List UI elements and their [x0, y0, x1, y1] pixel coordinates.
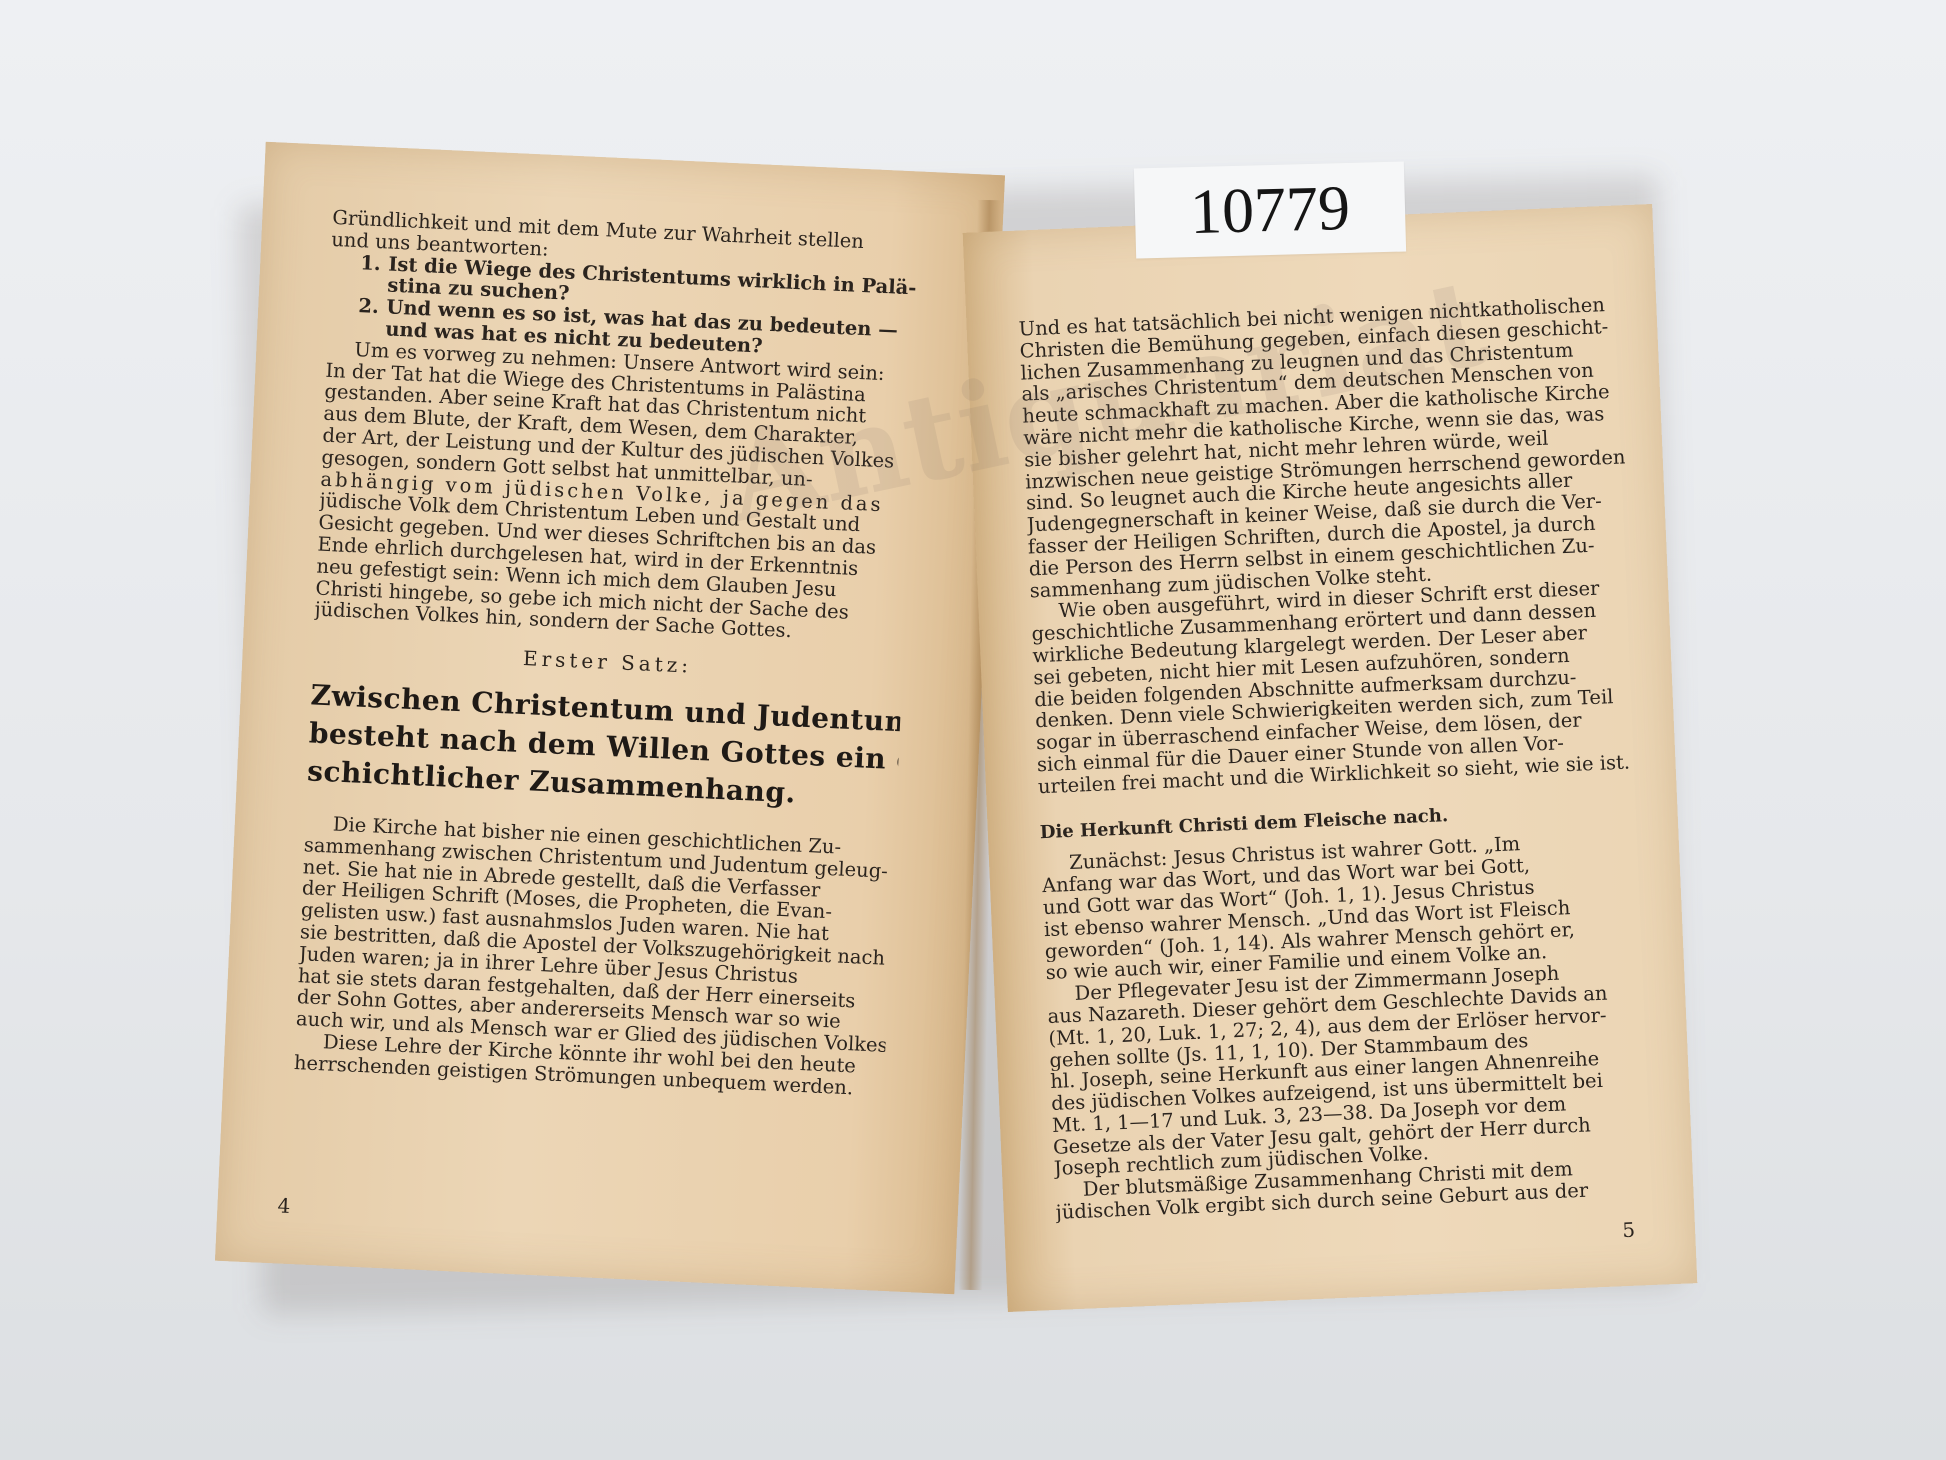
- left-page: Gründlichkeit und mit dem Mute zur Wahrh…: [215, 142, 1005, 1294]
- section-title: Zwischen Christentum und Judentum besteh…: [306, 676, 901, 817]
- paragraph: Der Pflegevater Jesu ist der Zimmermann …: [1046, 959, 1654, 1180]
- paragraph: Wie oben ausgeführt, wird in dieser Schr…: [1030, 577, 1638, 798]
- catalog-number: 10779: [1189, 171, 1351, 249]
- paragraph: Die Kirche hat bisher nie einen geschich…: [296, 812, 895, 1057]
- left-page-content: Gründlichkeit und mit dem Mute zur Wahrh…: [294, 207, 923, 1100]
- page-number-right: 5: [1622, 1218, 1636, 1243]
- page-number-left: 4: [277, 1193, 291, 1218]
- catalog-label: 10779: [1134, 161, 1406, 258]
- paragraph: Zunächst: Jesus Christus ist wahrer Gott…: [1041, 828, 1646, 984]
- booklet-photo: Gründlichkeit und mit dem Mute zur Wahrh…: [0, 0, 1946, 1460]
